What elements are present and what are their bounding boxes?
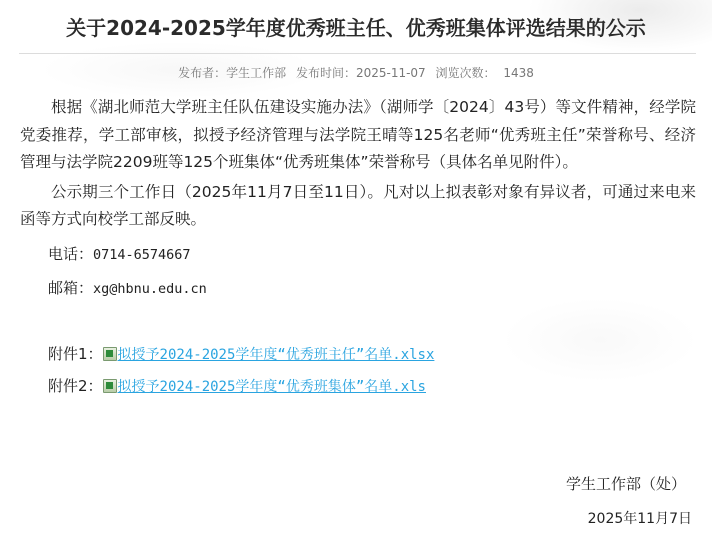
attachment-2-link[interactable]: 拟授予2024-2025学年度“优秀班集体”名单.xls [118, 376, 426, 396]
page-title: 关于2024-2025学年度优秀班主任、优秀班集体评选结果的公示 [0, 12, 712, 41]
publish-time-info: 发布时间：2025-11-07 [296, 66, 426, 80]
email-value: xg@hbnu.edu.cn [93, 281, 207, 297]
excel-file-icon[interactable] [103, 347, 117, 361]
attachment-2-label: 附件2： [48, 375, 103, 396]
view-count-value: 1438 [503, 66, 534, 80]
article-body: 根据《湖北师范大学班主任队伍建设实施办法》（湖师学〔2024〕43号）等文件精神… [20, 94, 696, 234]
attachment-1-label: 附件1： [48, 343, 103, 364]
paragraph-announcement: 根据《湖北师范大学班主任队伍建设实施办法》（湖师学〔2024〕43号）等文件精神… [20, 94, 696, 177]
publisher-info: 发布者：学生工作部 [178, 66, 286, 80]
article-meta: 发布者：学生工作部 发布时间：2025-11-07 浏览次数： 1438 [0, 64, 712, 81]
title-divider [19, 53, 696, 54]
contact-email: 邮箱：xg@hbnu.edu.cn [48, 277, 207, 298]
publisher-label: 发布者： [178, 66, 226, 80]
view-count-info: 浏览次数： 1438 [436, 66, 534, 80]
email-label: 邮箱： [48, 279, 93, 297]
signature-department: 学生工作部（处） [566, 473, 686, 494]
publish-time-value: 2025-11-07 [356, 66, 426, 80]
excel-file-icon[interactable] [103, 379, 117, 393]
publish-time-label: 发布时间： [296, 66, 356, 80]
contact-phone: 电话：0714-6574667 [48, 243, 191, 264]
attachment-2: 附件2： 拟授予2024-2025学年度“优秀班集体”名单.xls [48, 375, 426, 396]
attachment-1-link[interactable]: 拟授予2024-2025学年度“优秀班主任”名单.xlsx [118, 344, 435, 364]
background-texture [0, 0, 712, 549]
phone-label: 电话： [48, 245, 93, 263]
publisher-value: 学生工作部 [226, 66, 286, 80]
signature-date: 2025年11月7日 [588, 508, 692, 528]
attachment-1: 附件1： 拟授予2024-2025学年度“优秀班主任”名单.xlsx [48, 343, 434, 364]
phone-value: 0714-6574667 [93, 247, 191, 263]
view-count-label: 浏览次数： [436, 66, 496, 80]
paragraph-public-notice-period: 公示期三个工作日（2025年11月7日至11日）。凡对以上拟表彰对象有异议者，可… [20, 179, 696, 234]
